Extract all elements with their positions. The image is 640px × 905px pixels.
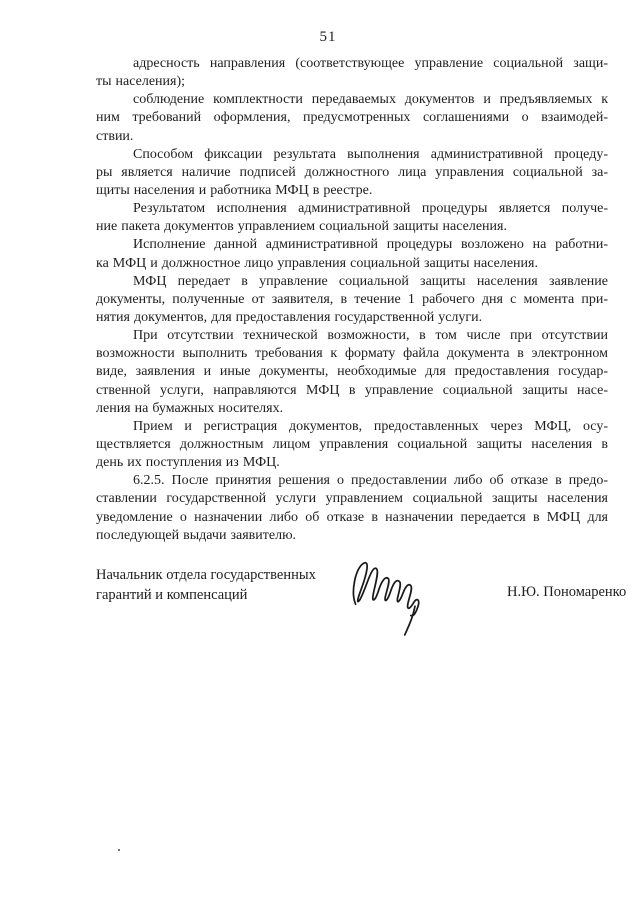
- paragraph: Способом фиксации результата выполнения …: [96, 146, 608, 200]
- text-line: нятия документов, для предоставления гос…: [96, 309, 608, 327]
- paragraph: При отсутствии технической возможности, …: [96, 327, 608, 418]
- text-line: МФЦ передает в управление социальной защ…: [96, 273, 608, 291]
- paragraph: Исполнение данной административной проце…: [96, 236, 608, 272]
- text-line: ка МФЦ и должностное лицо управления соц…: [96, 255, 608, 273]
- text-line: 6.2.5. После принятия решения о предоста…: [96, 472, 608, 490]
- text-line: При отсутствии технической возможности, …: [96, 327, 608, 345]
- text-line: ты населения);: [96, 73, 608, 91]
- text-line: ществляется должностным лицом управления…: [96, 436, 608, 454]
- paragraph: Прием и регистрация документов, предоста…: [96, 418, 608, 472]
- text-line: уведомление о назначении либо об отказе …: [96, 509, 608, 527]
- text-line: ления на бумажных носителях.: [96, 400, 608, 418]
- page-number: 51: [0, 29, 640, 46]
- signatory-position-line: Начальник отдела государственных: [96, 566, 356, 586]
- handwritten-signature-icon: [346, 553, 444, 637]
- paragraph: 6.2.5. После принятия решения о предоста…: [96, 472, 608, 545]
- text-line: Исполнение данной административной проце…: [96, 236, 608, 254]
- text-line: Способом фиксации результата выполнения …: [96, 146, 608, 164]
- paragraph: адресность направления (соответствующее …: [96, 55, 608, 91]
- signatory-position: Начальник отдела государственных гаранти…: [96, 566, 356, 605]
- signatory-position-line: гарантий и компенсаций: [96, 586, 356, 606]
- signatory-name: Н.Ю. Пономаренко: [507, 584, 627, 601]
- body-text: адресность направления (соответствующее …: [96, 55, 608, 545]
- text-line: виде, заявления и иные документы, необхо…: [96, 363, 608, 381]
- text-line: щиты населения и работника МФЦ в реестре…: [96, 182, 608, 200]
- text-line: документы, полученные от заявителя, в те…: [96, 291, 608, 309]
- document-page: 51 адресность направления (соответствующ…: [0, 0, 640, 905]
- text-line: возможности выполнить требования к форма…: [96, 345, 608, 363]
- text-line: ним требований оформления, предусмотренн…: [96, 109, 608, 127]
- paragraph: Результатом исполнения административной …: [96, 200, 608, 236]
- paragraph: соблюдение комплектности передаваемых до…: [96, 91, 608, 145]
- text-line: день их поступления из МФЦ.: [96, 454, 608, 472]
- text-line: адресность направления (соответствующее …: [96, 55, 608, 73]
- text-line: ственной услуги, направляются МФЦ в упра…: [96, 382, 608, 400]
- text-line: ние пакета документов управлением социал…: [96, 218, 608, 236]
- text-line: Результатом исполнения административной …: [96, 200, 608, 218]
- text-line: ставлении государственной услуги управле…: [96, 490, 608, 508]
- text-line: Прием и регистрация документов, предоста…: [96, 418, 608, 436]
- text-line: последующей выдачи заявителю.: [96, 527, 608, 545]
- paragraph: МФЦ передает в управление социальной защ…: [96, 273, 608, 327]
- text-line: ры является наличие подписей должностног…: [96, 164, 608, 182]
- text-line: ствии.: [96, 128, 608, 146]
- text-line: соблюдение комплектности передаваемых до…: [96, 91, 608, 109]
- scan-artifact-dot: [118, 849, 120, 851]
